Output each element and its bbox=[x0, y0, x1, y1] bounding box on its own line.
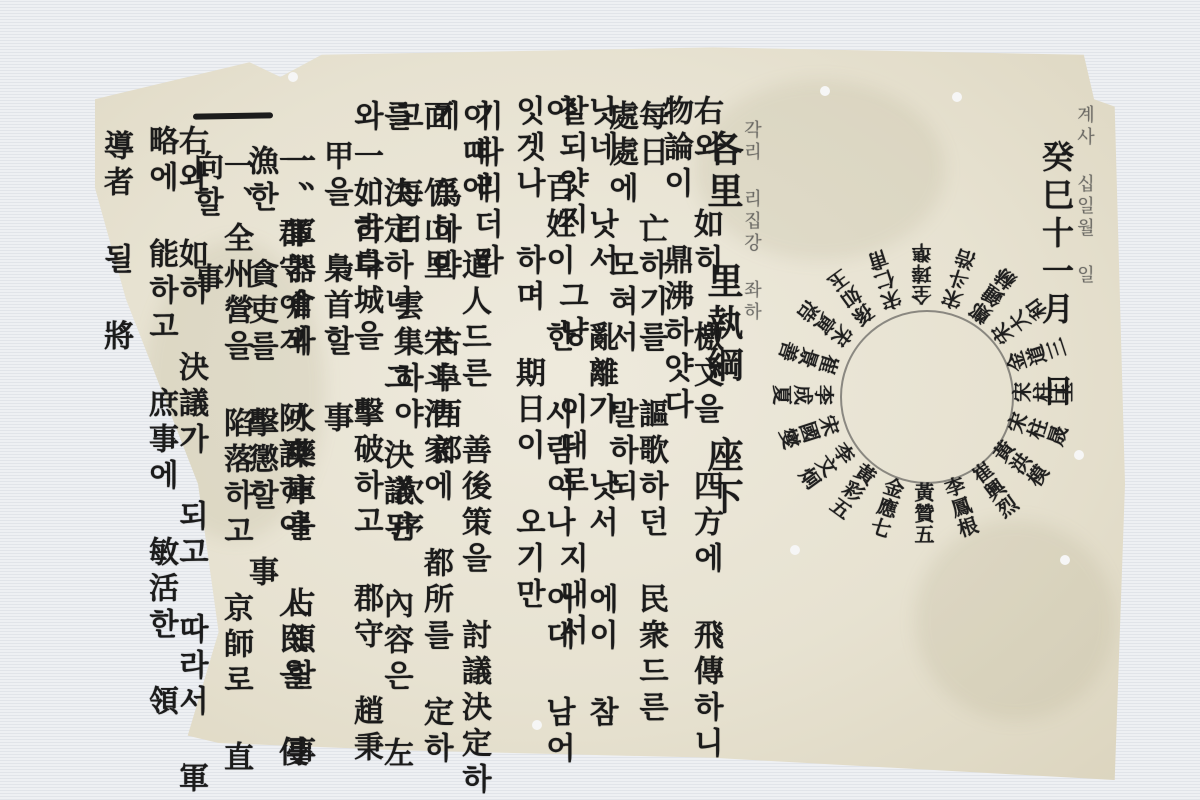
signatory-name: 宋柱晟 bbox=[1004, 411, 1070, 449]
text-column: 右와 如히 檄文을 四方에 飛傳하니 物論이 鼎沸하얏다 bbox=[660, 95, 720, 800]
signatory-name: 宋仁甫 bbox=[867, 246, 905, 312]
signatory-circle: 全琫準宋斗浩鄭鍾赫宋大和金道三宋柱玉宋柱晟黃洪模崔興烈李鳳根黃贊五金應七黃彩五李… bbox=[760, 230, 1100, 570]
signatory-name: 黃贊五 bbox=[913, 482, 933, 545]
text-column: 一、古阜城을 擊破하고 郡守 趙秉甲을 梟首할 事 bbox=[320, 140, 380, 800]
signatory-name: 李鳳根 bbox=[941, 475, 979, 541]
text-column: 야 百姓이 한 사람이나 어대 남어 잇겟나 하며 期日이 오기만 bbox=[512, 95, 572, 800]
signatory-name: 全琫準 bbox=[913, 242, 933, 305]
gloss-column: 각리 리집강 좌하 bbox=[742, 120, 760, 324]
signatory-name: 金道三 bbox=[1004, 337, 1070, 375]
text-column: 導者 될 將 bbox=[100, 130, 130, 356]
inner-circle bbox=[840, 310, 1014, 484]
worm-hole bbox=[952, 92, 962, 102]
worm-hole bbox=[820, 86, 830, 96]
signatory-name: 李成夏 bbox=[772, 384, 835, 404]
signatory-name: 崔景善 bbox=[776, 337, 842, 375]
worm-hole bbox=[288, 72, 298, 82]
signatory-name: 金應七 bbox=[867, 475, 905, 541]
signatory-name: 宋柱玉 bbox=[1012, 384, 1075, 404]
text-column: 一、郡守에게 阿諛하야 人民을 侵漁한 貪吏를 擊懲할 事 bbox=[245, 145, 305, 800]
text-column: 右와 如히 決議가 되고 따라서 軍略에 能하고 庶事에 敏活한 領 bbox=[145, 125, 205, 800]
